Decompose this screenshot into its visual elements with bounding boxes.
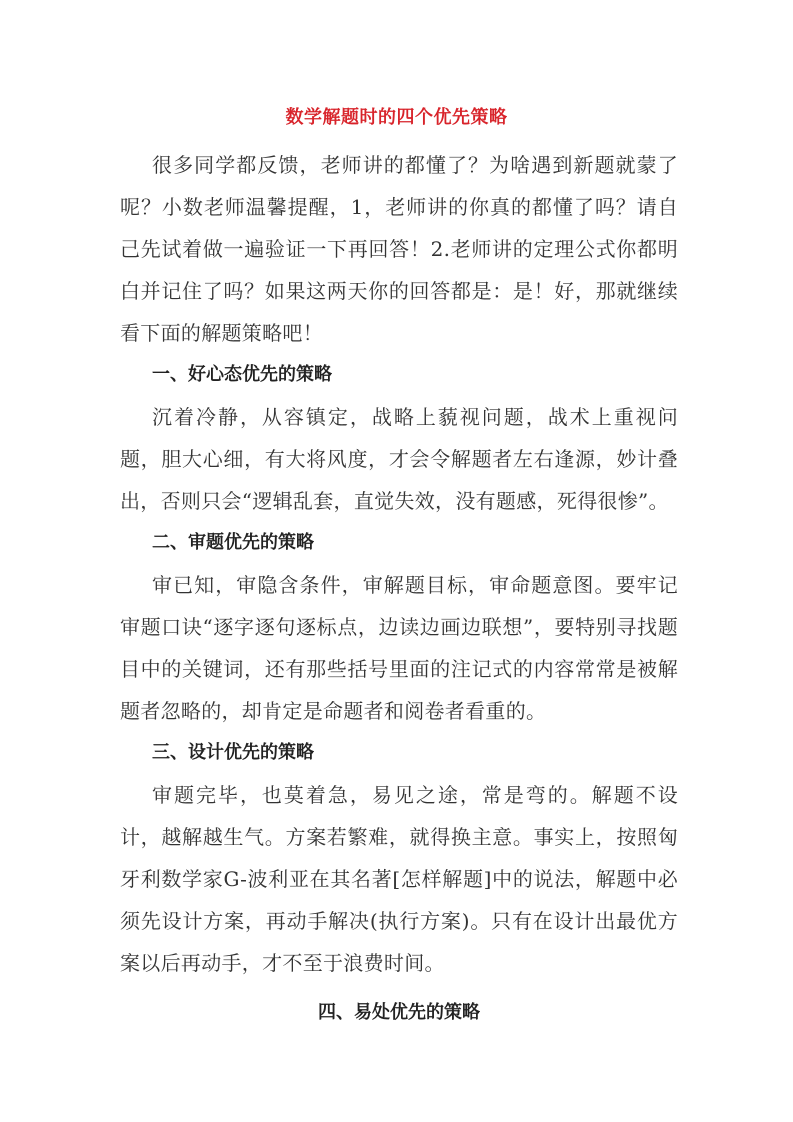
section-body-1: 沉着冷静，从容镇定，战略上藐视问题，战术上重视问题，胆大心细，有大将风度，才会令… bbox=[120, 396, 678, 522]
intro-paragraph: 很多同学都反馈，老师讲的都懂了？为啥遇到新题就蒙了呢？小数老师温馨提醒，1，老师… bbox=[120, 144, 678, 354]
section-heading-4: 四、易处优先的策略 bbox=[120, 992, 678, 1034]
document-title: 数学解题时的四个优先策略 bbox=[0, 103, 793, 129]
section-body-2: 审已知，审隐含条件，审解题目标，审命题意图。要牢记审题口诀“逐字逐句逐标点，边读… bbox=[120, 564, 678, 732]
section-heading-3: 三、设计优先的策略 bbox=[120, 732, 678, 774]
document-page: 数学解题时的四个优先策略 很多同学都反馈，老师讲的都懂了？为啥遇到新题就蒙了呢？… bbox=[0, 0, 793, 1122]
section-body-3: 审题完毕，也莫着急，易见之途，常是弯的。解题不设计，越解越生气。方案若繁难，就得… bbox=[120, 774, 678, 984]
section-heading-1: 一、好心态优先的策略 bbox=[120, 354, 678, 396]
document-body: 很多同学都反馈，老师讲的都懂了？为啥遇到新题就蒙了呢？小数老师温馨提醒，1，老师… bbox=[120, 144, 678, 1034]
section-heading-2: 二、审题优先的策略 bbox=[120, 522, 678, 564]
